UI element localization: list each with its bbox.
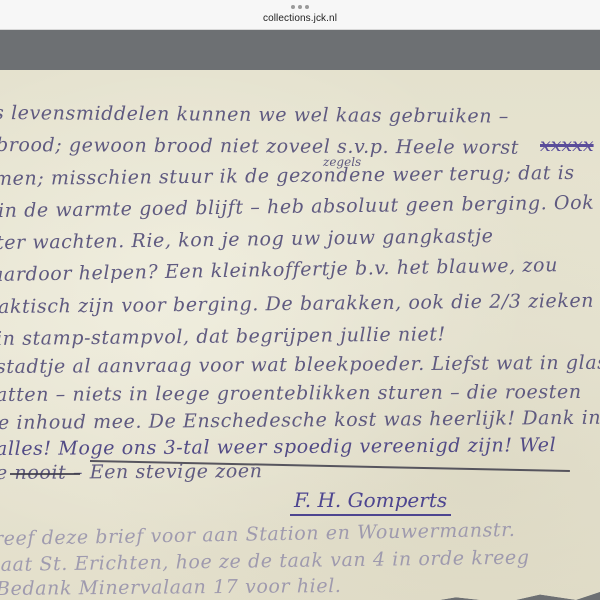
letter-line: in de warmte goed blijft – heb absoluut … xyxy=(0,192,594,222)
postscript-line: Bedank Minervalaan 17 voor hiel. xyxy=(0,575,342,600)
signature: F. H. Gomperts xyxy=(290,488,451,516)
letter-line: stadtje al aanvraag voor wat bleekpoeder… xyxy=(0,352,600,378)
crossed-out-word: xxxxx xyxy=(540,134,594,156)
letter-line: men; misschien stuur ik de gezondene wee… xyxy=(0,162,575,190)
letter-line: in stamp-stampvol, dat begrijpen jullie … xyxy=(0,323,446,350)
letter-line: alles! Moge ons 3-tal weer spoedig veree… xyxy=(0,434,556,460)
ink-line xyxy=(10,473,80,475)
url-text[interactable]: collections.jck.nl xyxy=(0,13,600,24)
more-dots-icon[interactable] xyxy=(291,3,309,11)
letter-line: atten – niets in leege groenteblikken st… xyxy=(0,381,582,406)
handwritten-letter: s levensmiddelen kunnen we wel kaas gebr… xyxy=(0,70,600,600)
postscript-line: laat St. Erichten, hoe ze de taak van 4 … xyxy=(0,547,530,576)
letter-line: s levensmiddelen kunnen we wel kaas gebr… xyxy=(0,102,509,128)
browser-address-bar: collections.jck.nl xyxy=(0,0,600,30)
letter-line: brood; gewoon brood niet zoveel s.v.p. H… xyxy=(0,134,519,159)
letter-line: e inhoud mee. De Enschedesche kost was h… xyxy=(0,406,600,434)
letter-line: aktisch zijn voor berging. De barakken, … xyxy=(0,290,594,318)
image-viewer[interactable]: s levensmiddelen kunnen we wel kaas gebr… xyxy=(0,30,600,600)
postscript-line: reef deze brief voor aan Station en Wouw… xyxy=(0,519,516,550)
letter-line: aardoor helpen? Een kleinkoffertje b.v. … xyxy=(0,254,558,286)
letter-line: ter wachten. Rie, kon je nog uw jouw gan… xyxy=(0,225,494,254)
